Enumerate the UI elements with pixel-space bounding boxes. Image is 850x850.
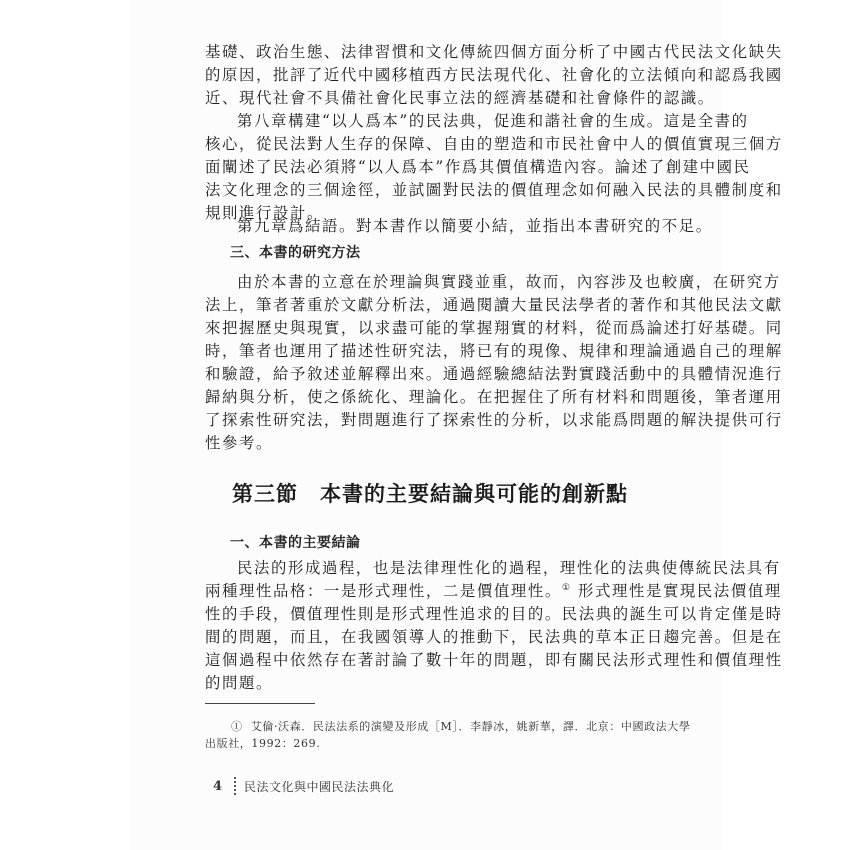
body-line: 性的手段，價值理性則是形式理性追求的目的。民法典的誕生可以肯定僅是時: [205, 604, 650, 624]
subheading-main-conclusions: 一、本書的主要結論: [230, 533, 361, 553]
body-line: 這個過程中依然存在著討論了數十年的問題，即有關民法形式理性和價值理性: [205, 650, 650, 670]
section-title: 第三節本書的主要結論與可能的創新點: [232, 478, 628, 508]
body-line: 的問題。: [205, 673, 650, 693]
body-line: 第八章構建“以人爲本”的民法典，促進和諧社會的生成。這是全書的: [237, 111, 650, 131]
section-title-text: 本書的主要結論與可能的創新點: [320, 481, 628, 506]
body-line: 基礎、政治生態、法律習慣和文化傳統四個方面分析了中國古代民法文化缺失: [205, 42, 650, 62]
footnote-rule: [205, 703, 315, 704]
body-line: 由於本書的立意在於理論與實踐並重，故而，內容涉及也較廣，在研究方: [237, 272, 650, 292]
body-line: 法文化理念的三個途徑，並試圖對民法的價值理念如何融入民法的具體制度和: [205, 180, 650, 200]
body-line: 的原因，批評了近代中國移植西方民法現代化、社會化的立法傾向和認爲我國: [205, 65, 650, 85]
footnote-marker: ①: [231, 720, 243, 733]
body-line: 面闡述了民法必須將“以人爲本”作爲其價值構造內容。論述了創建中國民: [205, 157, 650, 177]
body-text: 兩種理性品格：一是形式理性，二是價值理性。: [205, 582, 562, 600]
body-line: 第九章爲結語。對本書作以簡要小結，並指出本書研究的不足。: [237, 216, 650, 236]
body-line: 和驗證，給予敘述並解釋出來。通過經驗總結法對實踐活動中的具體情況進行: [205, 364, 650, 384]
body-line: 時，筆者也運用了描述性研究法，將已有的現像、規律和理論通過自己的理解: [205, 341, 650, 361]
section-number: 第三節: [232, 481, 298, 506]
body-line: 兩種理性品格：一是形式理性，二是價值理性。① 形式理性是實現民法價值理: [205, 581, 650, 601]
body-line: 民法的形成過程，也是法律理性化的過程，理性化的法典使傳統民法具有: [237, 558, 650, 578]
footnote-text: 艾倫·沃森．民法法系的演變及形成［M］．李靜冰，姚新華，譯．北京：中國政法大學: [251, 720, 691, 733]
page-footer: 4 民法文化與中國民法法典化: [213, 776, 394, 796]
body-line: 核心，從民法對人生存的保障、自由的塑造和市民社會中人的價值實現三個方: [205, 134, 650, 154]
body-line: 法上，筆者著重於文獻分析法，通過閱讀大量民法學者的著作和其他民法文獻: [205, 295, 650, 315]
body-line: 來把握歷史與現實，以求盡可能的掌握翔實的材料，從而爲論述打好基礎。同: [205, 318, 650, 338]
body-line: 近、現代社會不具備社會化民事立法的經濟基礎和社會條件的認識。: [205, 88, 650, 108]
body-text: 形式理性是實現民法價值理: [578, 582, 782, 600]
body-line: 歸納與分析，使之係統化、理論化。在把握住了所有材料和問題後，筆者運用: [205, 387, 650, 407]
body-line: 間的問題，而且，在我國領導人的推動下，民法典的草本正日趨完善。但是在: [205, 627, 650, 647]
body-line: 了探索性研究法，對問題進行了探索性的分析，以求能爲問題的解決提供可行: [205, 410, 650, 430]
footnote-reference[interactable]: ①: [562, 583, 572, 593]
footnote-line: 出版社，1992：269.: [205, 736, 650, 752]
body-line: 性參考。: [205, 433, 650, 453]
page-number: 4: [213, 779, 222, 794]
running-title: 民法文化與中國民法法典化: [244, 778, 394, 795]
footnote-line: ① 艾倫·沃森．民法法系的演變及形成［M］．李靜冰，姚新華，譯．北京：中國政法大…: [231, 719, 676, 735]
subheading-research-methods: 三、本書的研究方法: [230, 243, 361, 263]
footer-separator: [234, 777, 236, 795]
